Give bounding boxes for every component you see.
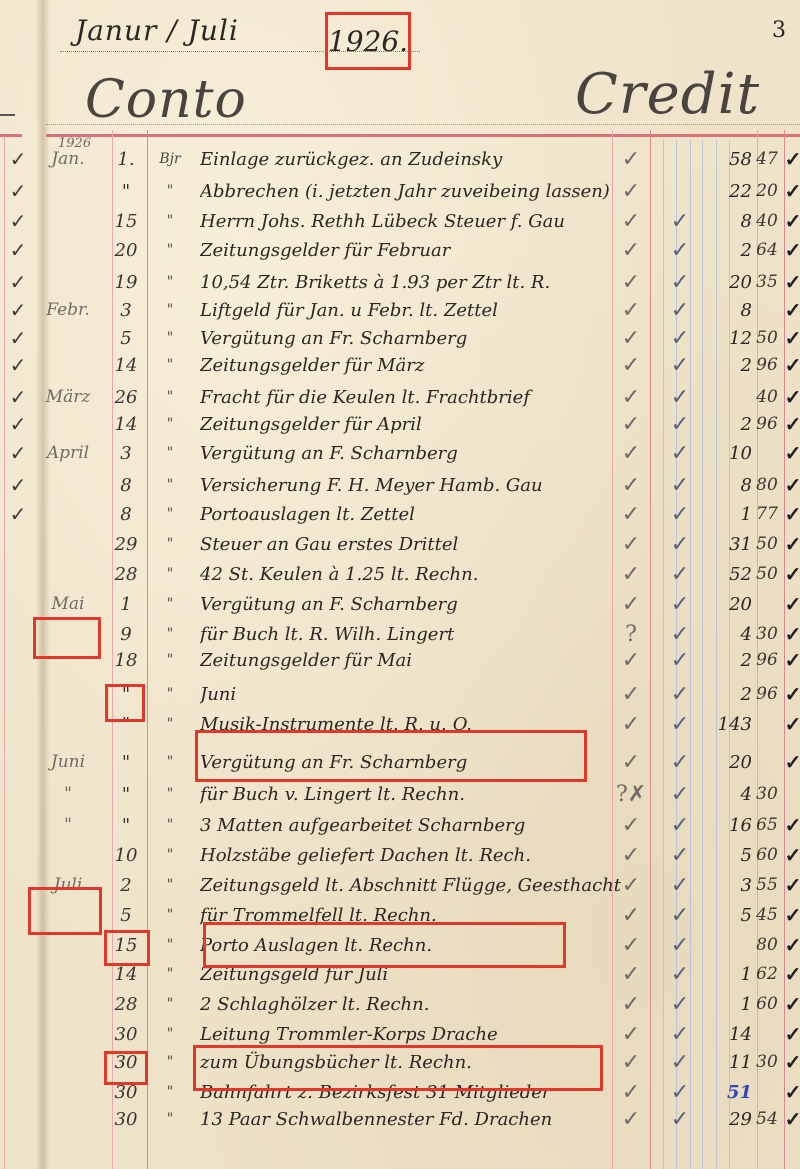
day-cell: 8 <box>107 474 145 497</box>
day-cell: 5 <box>107 327 145 350</box>
cents-cell: 50 <box>752 563 782 586</box>
audit-check-2: ✓ <box>660 783 700 806</box>
reference-cell: " <box>152 683 188 706</box>
amount-mark: 51 <box>700 1081 752 1104</box>
month-cell <box>36 1023 100 1046</box>
right-checkmark: ✓ <box>784 1023 800 1046</box>
left-checkmark <box>4 814 32 837</box>
right-checkmark: ✓ <box>784 649 800 672</box>
cents-cell: 45 <box>752 904 782 927</box>
audit-check-2 <box>660 180 700 203</box>
cents-cell: 62 <box>752 963 782 986</box>
left-checkmark: ✓ <box>4 210 32 233</box>
month-cell: " <box>36 814 100 837</box>
reference-cell: " <box>152 533 188 556</box>
ledger-row: ✓14"Zeitungsgelder für April✓✓296✓ <box>0 413 800 436</box>
cents-cell <box>752 299 782 322</box>
audit-check-2: ✓ <box>660 386 700 409</box>
audit-check-2: ✓ <box>660 354 700 377</box>
audit-check-2: ✓ <box>660 1108 700 1131</box>
audit-check-1: ✓ <box>616 713 646 736</box>
ledger-row: 18"Zeitungsgelder für Mai✓✓296✓ <box>0 649 800 672</box>
right-checkmark: ✓ <box>784 239 800 262</box>
cents-cell: 54 <box>752 1108 782 1131</box>
reference-cell: " <box>152 442 188 465</box>
right-checkmark: ✓ <box>784 1081 800 1104</box>
audit-check-1: ✓ <box>616 210 646 233</box>
amount-mark: 16 <box>700 814 752 837</box>
reference-cell: " <box>152 1023 188 1046</box>
right-checkmark: ✓ <box>784 413 800 436</box>
ledger-row: ✓""Abbrechen (i. jetzten Jahr zuveibeing… <box>0 180 800 203</box>
left-checkmark <box>4 963 32 986</box>
reference-cell: " <box>152 874 188 897</box>
month-cell: April <box>36 442 100 465</box>
month-cell: " <box>36 783 100 806</box>
left-checkmark: ✓ <box>4 474 32 497</box>
month-cell <box>36 180 100 203</box>
reference-cell: " <box>152 271 188 294</box>
right-checkmark: ✓ <box>784 934 800 957</box>
day-cell: 15 <box>107 934 145 957</box>
amount-mark: 11 <box>700 1051 752 1074</box>
audit-check-1: ✓ <box>616 239 646 262</box>
month-cell <box>36 413 100 436</box>
reference-cell: " <box>152 963 188 986</box>
left-checkmark: ✓ <box>4 299 32 322</box>
cents-cell <box>752 442 782 465</box>
cents-cell: 96 <box>752 413 782 436</box>
reference-cell: " <box>152 386 188 409</box>
left-checkmark <box>4 874 32 897</box>
day-cell: 1. <box>107 148 145 171</box>
month-cell <box>36 271 100 294</box>
amount-mark <box>700 934 752 957</box>
right-checkmark: ✓ <box>784 503 800 526</box>
day-cell: 18 <box>107 649 145 672</box>
cents-cell: 40 <box>752 210 782 233</box>
description-cell: Zeitungsgelder für April <box>200 413 630 436</box>
day-cell: 14 <box>107 413 145 436</box>
cents-cell <box>752 1081 782 1104</box>
audit-check-2: ✓ <box>660 563 700 586</box>
day-cell: 10 <box>107 844 145 867</box>
day-cell: 3 <box>107 299 145 322</box>
right-checkmark: ✓ <box>784 299 800 322</box>
amount-mark: 22 <box>700 180 752 203</box>
month-cell <box>36 1051 100 1074</box>
ledger-row: ✓14"Zeitungsgelder für März✓✓296✓ <box>0 354 800 377</box>
reference-cell: " <box>152 180 188 203</box>
description-cell: Zeitungsgelder für Februar <box>200 239 630 262</box>
audit-check-2: ✓ <box>660 299 700 322</box>
description-cell: Einlage zurückgez. an Zudeinsky <box>200 148 630 171</box>
cents-cell <box>752 1023 782 1046</box>
right-checkmark: ✓ <box>784 210 800 233</box>
audit-check-1: ✓ <box>616 593 646 616</box>
audit-check-2: ✓ <box>660 442 700 465</box>
ledger-row: 28"2 Schlaghölzer lt. Rechn.✓✓160✓ <box>0 993 800 1016</box>
audit-check-2: ✓ <box>660 649 700 672</box>
reference-cell: " <box>152 474 188 497</box>
day-cell: 3 <box>107 442 145 465</box>
cents-cell: 50 <box>752 533 782 556</box>
cents-cell <box>752 713 782 736</box>
amount-mark: 8 <box>700 299 752 322</box>
amount-mark: 2 <box>700 649 752 672</box>
description-cell: für Buch v. Lingert lt. Rechn. <box>200 783 630 806</box>
audit-check-1: ✓ <box>616 1081 646 1104</box>
left-checkmark <box>4 751 32 774</box>
audit-check-2: ✓ <box>660 210 700 233</box>
month-cell <box>36 563 100 586</box>
reference-cell: " <box>152 993 188 1016</box>
audit-check-1: ✓ <box>616 814 646 837</box>
reference-cell: " <box>152 751 188 774</box>
cents-cell: 80 <box>752 934 782 957</box>
audit-check-2: ✓ <box>660 844 700 867</box>
amount-mark: 20 <box>700 751 752 774</box>
right-checkmark: ✓ <box>784 474 800 497</box>
left-checkmark <box>4 1051 32 1074</box>
right-checkmark: ✓ <box>784 844 800 867</box>
cents-cell: 55 <box>752 874 782 897</box>
conto-title: Conto <box>85 70 247 130</box>
day-cell: 28 <box>107 563 145 586</box>
description-cell: Zeitungsgelder für Mai <box>200 649 630 672</box>
description-cell: Musik-Instrumente lt. R. u. Q. <box>200 713 630 736</box>
amount-mark: 8 <box>700 210 752 233</box>
ledger-row: 28"42 St. Keulen à 1.25 lt. Rechn.✓✓5250… <box>0 563 800 586</box>
day-cell: 30 <box>107 1081 145 1104</box>
day-cell: 26 <box>107 386 145 409</box>
audit-check-1: ✓ <box>616 271 646 294</box>
audit-check-1: ✓ <box>616 474 646 497</box>
ledger-row: Mai1"Vergütung an F. Scharnberg✓✓20✓ <box>0 593 800 616</box>
left-checkmark: ✓ <box>4 271 32 294</box>
day-cell: 30 <box>107 1051 145 1074</box>
right-checkmark: ✓ <box>784 874 800 897</box>
month-cell <box>36 239 100 262</box>
reference-cell: " <box>152 354 188 377</box>
audit-check-2: ✓ <box>660 327 700 350</box>
month-cell <box>36 533 100 556</box>
left-checkmark <box>4 713 32 736</box>
audit-check-2: ✓ <box>660 1081 700 1104</box>
cents-cell: 64 <box>752 239 782 262</box>
month-cell <box>36 1081 100 1104</box>
ledger-row: """3 Matten aufgearbeitet Scharnberg✓✓16… <box>0 814 800 837</box>
amount-mark: 8 <box>700 474 752 497</box>
ledger-row: 30"Bahnfahrt z. Bezirksfest 31 Mitgliede… <box>0 1081 800 1104</box>
reference-cell: " <box>152 327 188 350</box>
ledger-row: ✓15"Herrn Johs. Rethh Lübeck Steuer f. G… <box>0 210 800 233</box>
day-cell: 30 <box>107 1023 145 1046</box>
reference-cell: " <box>152 503 188 526</box>
audit-check-2: ✓ <box>660 413 700 436</box>
audit-check-2: ✓ <box>660 874 700 897</box>
day-cell: 15 <box>107 210 145 233</box>
audit-check-2: ✓ <box>660 751 700 774</box>
amount-mark: 4 <box>700 623 752 646</box>
description-cell: 2 Schlaghölzer lt. Rechn. <box>200 993 630 1016</box>
ledger-row: ✓5"Vergütung an Fr. Scharnberg✓✓1250✓ <box>0 327 800 350</box>
audit-check-1: ✓ <box>616 751 646 774</box>
cents-cell: 96 <box>752 649 782 672</box>
reference-cell: " <box>152 1081 188 1104</box>
cents-cell: 65 <box>752 814 782 837</box>
audit-check-2: ✓ <box>660 533 700 556</box>
reference-cell: " <box>152 934 188 957</box>
cents-cell: 50 <box>752 327 782 350</box>
credit-title: Credit <box>575 62 760 127</box>
ledger-row: 29"Steuer an Gau erstes Drittel✓✓3150✓ <box>0 533 800 556</box>
cents-cell: 60 <box>752 844 782 867</box>
month-cell <box>36 327 100 350</box>
audit-check-2: ✓ <box>660 623 700 646</box>
month-cell <box>36 354 100 377</box>
month-cell: Jan. <box>36 148 100 171</box>
description-cell: Vergütung an F. Scharnberg <box>200 442 630 465</box>
ledger-row: ✓8"Versicherung F. H. Meyer Hamb. Gau✓✓8… <box>0 474 800 497</box>
right-checkmark: ✓ <box>784 148 800 171</box>
audit-check-2: ✓ <box>660 814 700 837</box>
amount-mark: 1 <box>700 503 752 526</box>
page-number: 3 <box>772 18 786 43</box>
day-cell: " <box>107 180 145 203</box>
month-cell <box>36 934 100 957</box>
day-cell: 30 <box>107 1108 145 1131</box>
left-checkmark <box>4 1023 32 1046</box>
cents-cell <box>752 751 782 774</box>
audit-check-2: ✓ <box>660 1023 700 1046</box>
left-checkmark <box>4 563 32 586</box>
audit-check-2: ✓ <box>660 474 700 497</box>
ledger-period: Janur / Juli <box>75 14 239 47</box>
ledger-row: Juni""Vergütung an Fr. Scharnberg✓✓20✓ <box>0 751 800 774</box>
cents-cell: 30 <box>752 783 782 806</box>
cents-cell: 30 <box>752 1051 782 1074</box>
ledger-row: ✓Febr.3"Liftgeld für Jan. u Febr. lt. Ze… <box>0 299 800 322</box>
month-cell: Mai <box>36 593 100 616</box>
reference-cell: " <box>152 299 188 322</box>
month-cell <box>36 993 100 1016</box>
right-checkmark: ✓ <box>784 993 800 1016</box>
description-cell: Vergütung an Fr. Scharnberg <box>200 751 630 774</box>
left-checkmark: ✓ <box>4 386 32 409</box>
left-checkmark <box>4 593 32 616</box>
description-cell: Vergütung an Fr. Scharnberg <box>200 327 630 350</box>
day-cell: " <box>107 713 145 736</box>
amount-mark: 10 <box>700 442 752 465</box>
description-cell: Herrn Johs. Rethh Lübeck Steuer f. Gau <box>200 210 630 233</box>
reference-cell: " <box>152 814 188 837</box>
reference-cell: " <box>152 904 188 927</box>
right-checkmark: ✓ <box>784 593 800 616</box>
header-dotted-rule <box>46 124 800 125</box>
reference-cell: " <box>152 239 188 262</box>
left-checkmark: ✓ <box>4 442 32 465</box>
left-checkmark: ✓ <box>4 148 32 171</box>
left-checkmark <box>4 783 32 806</box>
audit-check-1: ✓ <box>616 563 646 586</box>
description-cell: Liftgeld für Jan. u Febr. lt. Zettel <box>200 299 630 322</box>
amount-mark: 20 <box>700 593 752 616</box>
month-cell <box>36 474 100 497</box>
day-cell: " <box>107 683 145 706</box>
left-checkmark <box>4 993 32 1016</box>
description-cell: Holzstäbe geliefert Dachen lt. Rech. <box>200 844 630 867</box>
ledger-row: ✓Jan.1.BjrEinlage zurückgez. an Zudeinsk… <box>0 148 800 171</box>
left-checkmark: ✓ <box>4 180 32 203</box>
audit-check-1: ✓ <box>616 354 646 377</box>
month-cell: Juni <box>36 751 100 774</box>
description-cell: Zeitungsgeld lt. Abschnitt Flügge, Geest… <box>200 874 630 897</box>
audit-check-1: ✓ <box>616 180 646 203</box>
cents-cell: 96 <box>752 683 782 706</box>
audit-check-1: ✓ <box>616 503 646 526</box>
reference-cell: " <box>152 593 188 616</box>
ledger-row: ""Musik-Instrumente lt. R. u. Q.✓✓143✓ <box>0 713 800 736</box>
reference-cell: " <box>152 563 188 586</box>
day-cell: " <box>107 814 145 837</box>
month-cell <box>36 963 100 986</box>
left-checkmark: ✓ <box>4 413 32 436</box>
header-red-rule <box>46 134 800 137</box>
day-cell: 14 <box>107 354 145 377</box>
left-checkmark: ✓ <box>4 354 32 377</box>
amount-mark <box>700 386 752 409</box>
description-cell: 42 St. Keulen à 1.25 lt. Rechn. <box>200 563 630 586</box>
right-checkmark: ✓ <box>784 386 800 409</box>
left-checkmark: ✓ <box>4 327 32 350</box>
audit-check-1: ✓ <box>616 1051 646 1074</box>
audit-check-1: ?✗ <box>616 783 646 806</box>
amount-mark: 2 <box>700 413 752 436</box>
amount-mark: 12 <box>700 327 752 350</box>
amount-mark: 143 <box>700 713 752 736</box>
left-checkmark <box>4 904 32 927</box>
amount-mark: 3 <box>700 874 752 897</box>
day-cell: 9 <box>107 623 145 646</box>
description-cell: Zeitungsgeld für Juli <box>200 963 630 986</box>
right-checkmark: ✓ <box>784 814 800 837</box>
amount-mark: 52 <box>700 563 752 586</box>
cents-cell: 35 <box>752 271 782 294</box>
audit-check-2: ✓ <box>660 593 700 616</box>
day-cell: " <box>107 783 145 806</box>
right-checkmark: ✓ <box>784 442 800 465</box>
right-checkmark: ✓ <box>784 623 800 646</box>
amount-mark: 2 <box>700 683 752 706</box>
amount-mark: 20 <box>700 271 752 294</box>
day-cell: 5 <box>107 904 145 927</box>
cents-cell: 40 <box>752 386 782 409</box>
left-checkmark <box>4 934 32 957</box>
amount-mark: 1 <box>700 963 752 986</box>
description-cell: 3 Matten aufgearbeitet Scharnberg <box>200 814 630 837</box>
reference-cell: " <box>152 413 188 436</box>
day-cell: 2 <box>107 874 145 897</box>
description-cell: zum Übungsbücher lt. Rechn. <box>200 1051 630 1074</box>
right-checkmark <box>784 783 800 806</box>
amount-mark: 2 <box>700 239 752 262</box>
cents-cell: 20 <box>752 180 782 203</box>
right-checkmark: ✓ <box>784 563 800 586</box>
description-cell: Abbrechen (i. jetzten Jahr zuveibeing la… <box>200 180 630 203</box>
description-cell: 13 Paar Schwalbennester Fd. Drachen <box>200 1108 630 1131</box>
right-checkmark: ✓ <box>784 904 800 927</box>
ledger-row: 15"Porto Auslagen lt. Rechn.✓✓80✓ <box>0 934 800 957</box>
description-cell: Porto Auslagen lt. Rechn. <box>200 934 630 957</box>
day-cell: 19 <box>107 271 145 294</box>
day-cell: 14 <box>107 963 145 986</box>
left-checkmark <box>4 844 32 867</box>
right-checkmark: ✓ <box>784 963 800 986</box>
cents-cell: 30 <box>752 623 782 646</box>
amount-mark: 4 <box>700 783 752 806</box>
ledger-row: 10"Holzstäbe geliefert Dachen lt. Rech.✓… <box>0 844 800 867</box>
ledger-row: ✓März26"Fracht für die Keulen lt. Fracht… <box>0 386 800 409</box>
description-cell: für Trommelfell lt. Rechn. <box>200 904 630 927</box>
ledger-row: 30"13 Paar Schwalbennester Fd. Drachen✓✓… <box>0 1108 800 1131</box>
audit-check-1: ✓ <box>616 1108 646 1131</box>
left-checkmark: ✓ <box>4 503 32 526</box>
left-checkmark <box>4 1108 32 1131</box>
amount-mark: 1 <box>700 993 752 1016</box>
description-cell: für Buch lt. R. Wilh. Lingert <box>200 623 630 646</box>
day-cell: 29 <box>107 533 145 556</box>
day-cell: 28 <box>107 993 145 1016</box>
audit-check-1: ✓ <box>616 299 646 322</box>
audit-check-2: ✓ <box>660 963 700 986</box>
right-checkmark: ✓ <box>784 327 800 350</box>
left-checkmark <box>4 649 32 672</box>
ledger-row: "" Juni✓✓296✓ <box>0 683 800 706</box>
left-checkmark: ✓ <box>4 239 32 262</box>
ledger-row: 9"für Buch lt. R. Wilh. Lingert?✓430✓ <box>0 623 800 646</box>
reference-cell: " <box>152 783 188 806</box>
audit-check-2: ✓ <box>660 503 700 526</box>
month-cell: Febr. <box>36 299 100 322</box>
month-cell <box>36 844 100 867</box>
audit-check-1: ✓ <box>616 934 646 957</box>
audit-check-1: ✓ <box>616 993 646 1016</box>
ledger-row: ✓April3"Vergütung an F. Scharnberg✓✓10✓ <box>0 442 800 465</box>
cents-cell: 77 <box>752 503 782 526</box>
day-cell: " <box>107 751 145 774</box>
reference-cell: " <box>152 623 188 646</box>
left-checkmark <box>4 623 32 646</box>
right-checkmark: ✓ <box>784 713 800 736</box>
month-cell <box>36 503 100 526</box>
month-cell <box>36 210 100 233</box>
left-checkmark <box>4 533 32 556</box>
day-cell: 8 <box>107 503 145 526</box>
audit-check-1: ✓ <box>616 327 646 350</box>
month-cell <box>36 1108 100 1131</box>
reference-cell: " <box>152 1051 188 1074</box>
amount-mark: 29 <box>700 1108 752 1131</box>
reference-cell: " <box>152 649 188 672</box>
description-cell: Juni <box>200 683 630 706</box>
description-cell: Steuer an Gau erstes Drittel <box>200 533 630 556</box>
amount-mark: 5 <box>700 844 752 867</box>
left-page-dash <box>0 114 15 116</box>
ledger-year-highlighted: 1926. <box>325 12 411 70</box>
audit-check-1: ✓ <box>616 649 646 672</box>
audit-check-1: ✓ <box>616 683 646 706</box>
